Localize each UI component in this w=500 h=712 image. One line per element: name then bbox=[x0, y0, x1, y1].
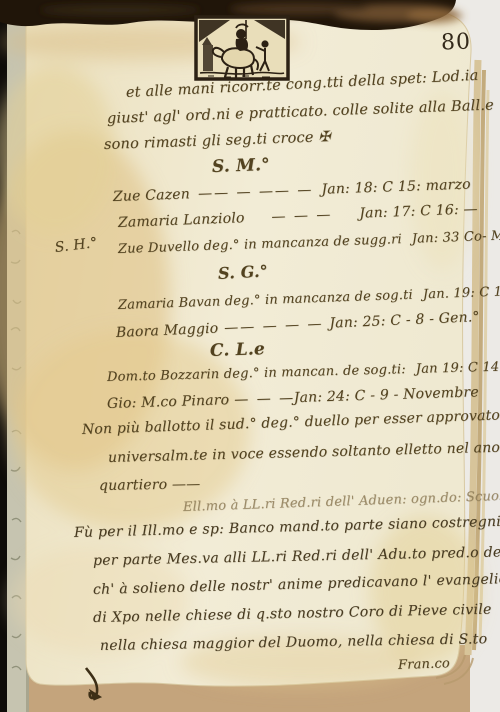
entry-value: Jan. 19: C 14 - Luglio bbox=[423, 283, 500, 302]
entry-dash-rule: — — — — bbox=[229, 391, 294, 408]
section-heading-sm: S. M.° bbox=[212, 156, 271, 177]
page-number: 80 bbox=[441, 29, 472, 55]
entry-value: Jan 19: C 14 - Settbre bbox=[416, 359, 500, 377]
signature: Fran.co bbox=[398, 657, 450, 673]
section-heading-sg: S. G.° bbox=[218, 262, 269, 282]
manuscript-scan: 80 et alle mani ricorr.te cong.tti della… bbox=[0, 0, 500, 712]
woodcut-stamp-icon bbox=[194, 15, 290, 81]
entry-value: Jan: 33 Co- Maggio bbox=[412, 228, 500, 247]
entry-name: Zue Cazen bbox=[113, 187, 191, 205]
section-heading-cl: C. L.e bbox=[210, 340, 266, 361]
note-line-3: quartiero —— bbox=[99, 477, 201, 494]
